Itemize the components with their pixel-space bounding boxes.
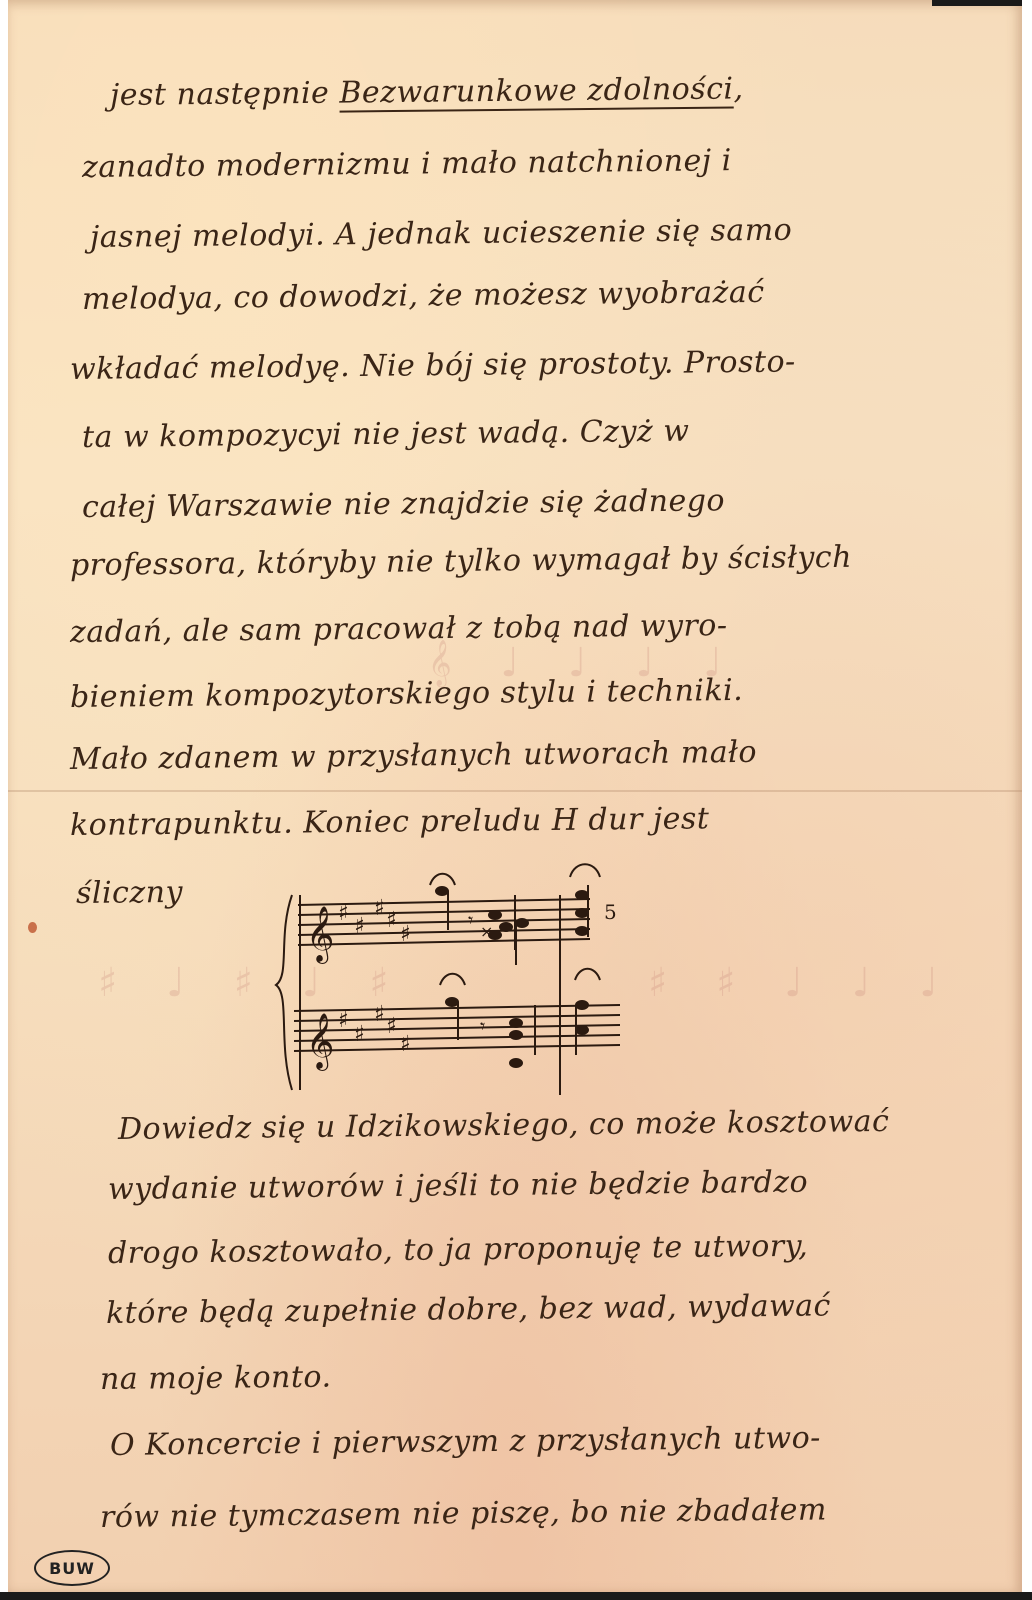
line-text: jest następnie (110, 76, 340, 113)
svg-text:♯: ♯ (338, 1008, 349, 1033)
svg-text:𝄾: 𝄾 (480, 1014, 485, 1038)
text-line-9: zadań, ale sam pracował z tobą nad wyro- (70, 608, 728, 650)
text-line-16: drogo kosztowało, to ja proponuję te utw… (108, 1229, 809, 1271)
text-line-15: wydanie utworów i jeśli to nie będzie ba… (108, 1165, 809, 1207)
text-line-3: jasnej melodyi. A jednak ucieszenie się … (90, 213, 793, 255)
scan-edge (0, 1592, 1032, 1600)
svg-text:♯: ♯ (374, 1002, 385, 1027)
svg-text:♯: ♯ (386, 1014, 397, 1039)
svg-text:♯: ♯ (400, 1032, 411, 1057)
text-line-18: na moje konto. (100, 1360, 332, 1397)
svg-text:♯: ♯ (400, 922, 411, 947)
text-line-4: melodya, co dowodzi, że możesz wyobrażać (82, 275, 765, 317)
text-line-11: Mało zdanem w przysłanych utworach mało (70, 735, 757, 777)
ink-spot (28, 922, 37, 933)
svg-text:♯: ♯ (354, 914, 365, 939)
svg-text:♯: ♯ (374, 896, 385, 921)
text-line-19: O Koncercie i pierwszym z przysłanych ut… (110, 1421, 821, 1463)
svg-text:♯: ♯ (386, 908, 397, 933)
fingering-number: 5 (604, 900, 617, 924)
svg-text:𝄞: 𝄞 (306, 906, 334, 964)
svg-text:𝄾: 𝄾 (468, 908, 473, 932)
svg-text:𝄞: 𝄞 (306, 1013, 334, 1071)
text-line-6: ta w kompozycyi nie jest wadą. Czyż w (82, 414, 690, 455)
music-notation-example: 𝄞 𝄞 ♯ ♯ ♯ ♯ ♯ ♯ ♯ ♯ ♯ ♯ 𝄾 × 5 𝄾 (270, 855, 640, 1100)
bleed-through-notation: ♯ ♯ ♩ ♩ ♩ (648, 960, 956, 1006)
svg-text:♯: ♯ (354, 1022, 365, 1047)
library-stamp: BUW (34, 1550, 110, 1586)
svg-text:♯: ♯ (338, 901, 349, 926)
scan-edge (932, 0, 1022, 6)
text-line-13: śliczny (76, 875, 183, 911)
text-line-7: całej Warszawie nie znajdzie się żadnego (82, 483, 725, 525)
text-line-12: kontrapunktu. Koniec preludu H dur jest (70, 801, 710, 843)
text-line-10: bieniem kompozytorskiego stylu i technik… (70, 673, 744, 715)
text-line-2: zanadto modernizmu i mało natchnionej i (82, 143, 732, 185)
underlined-phrase: Bezwarunkowe zdolności (339, 71, 734, 110)
line-text: , (733, 71, 743, 106)
text-line-1: jest następnie Bezwarunkowe zdolności, (110, 71, 744, 113)
